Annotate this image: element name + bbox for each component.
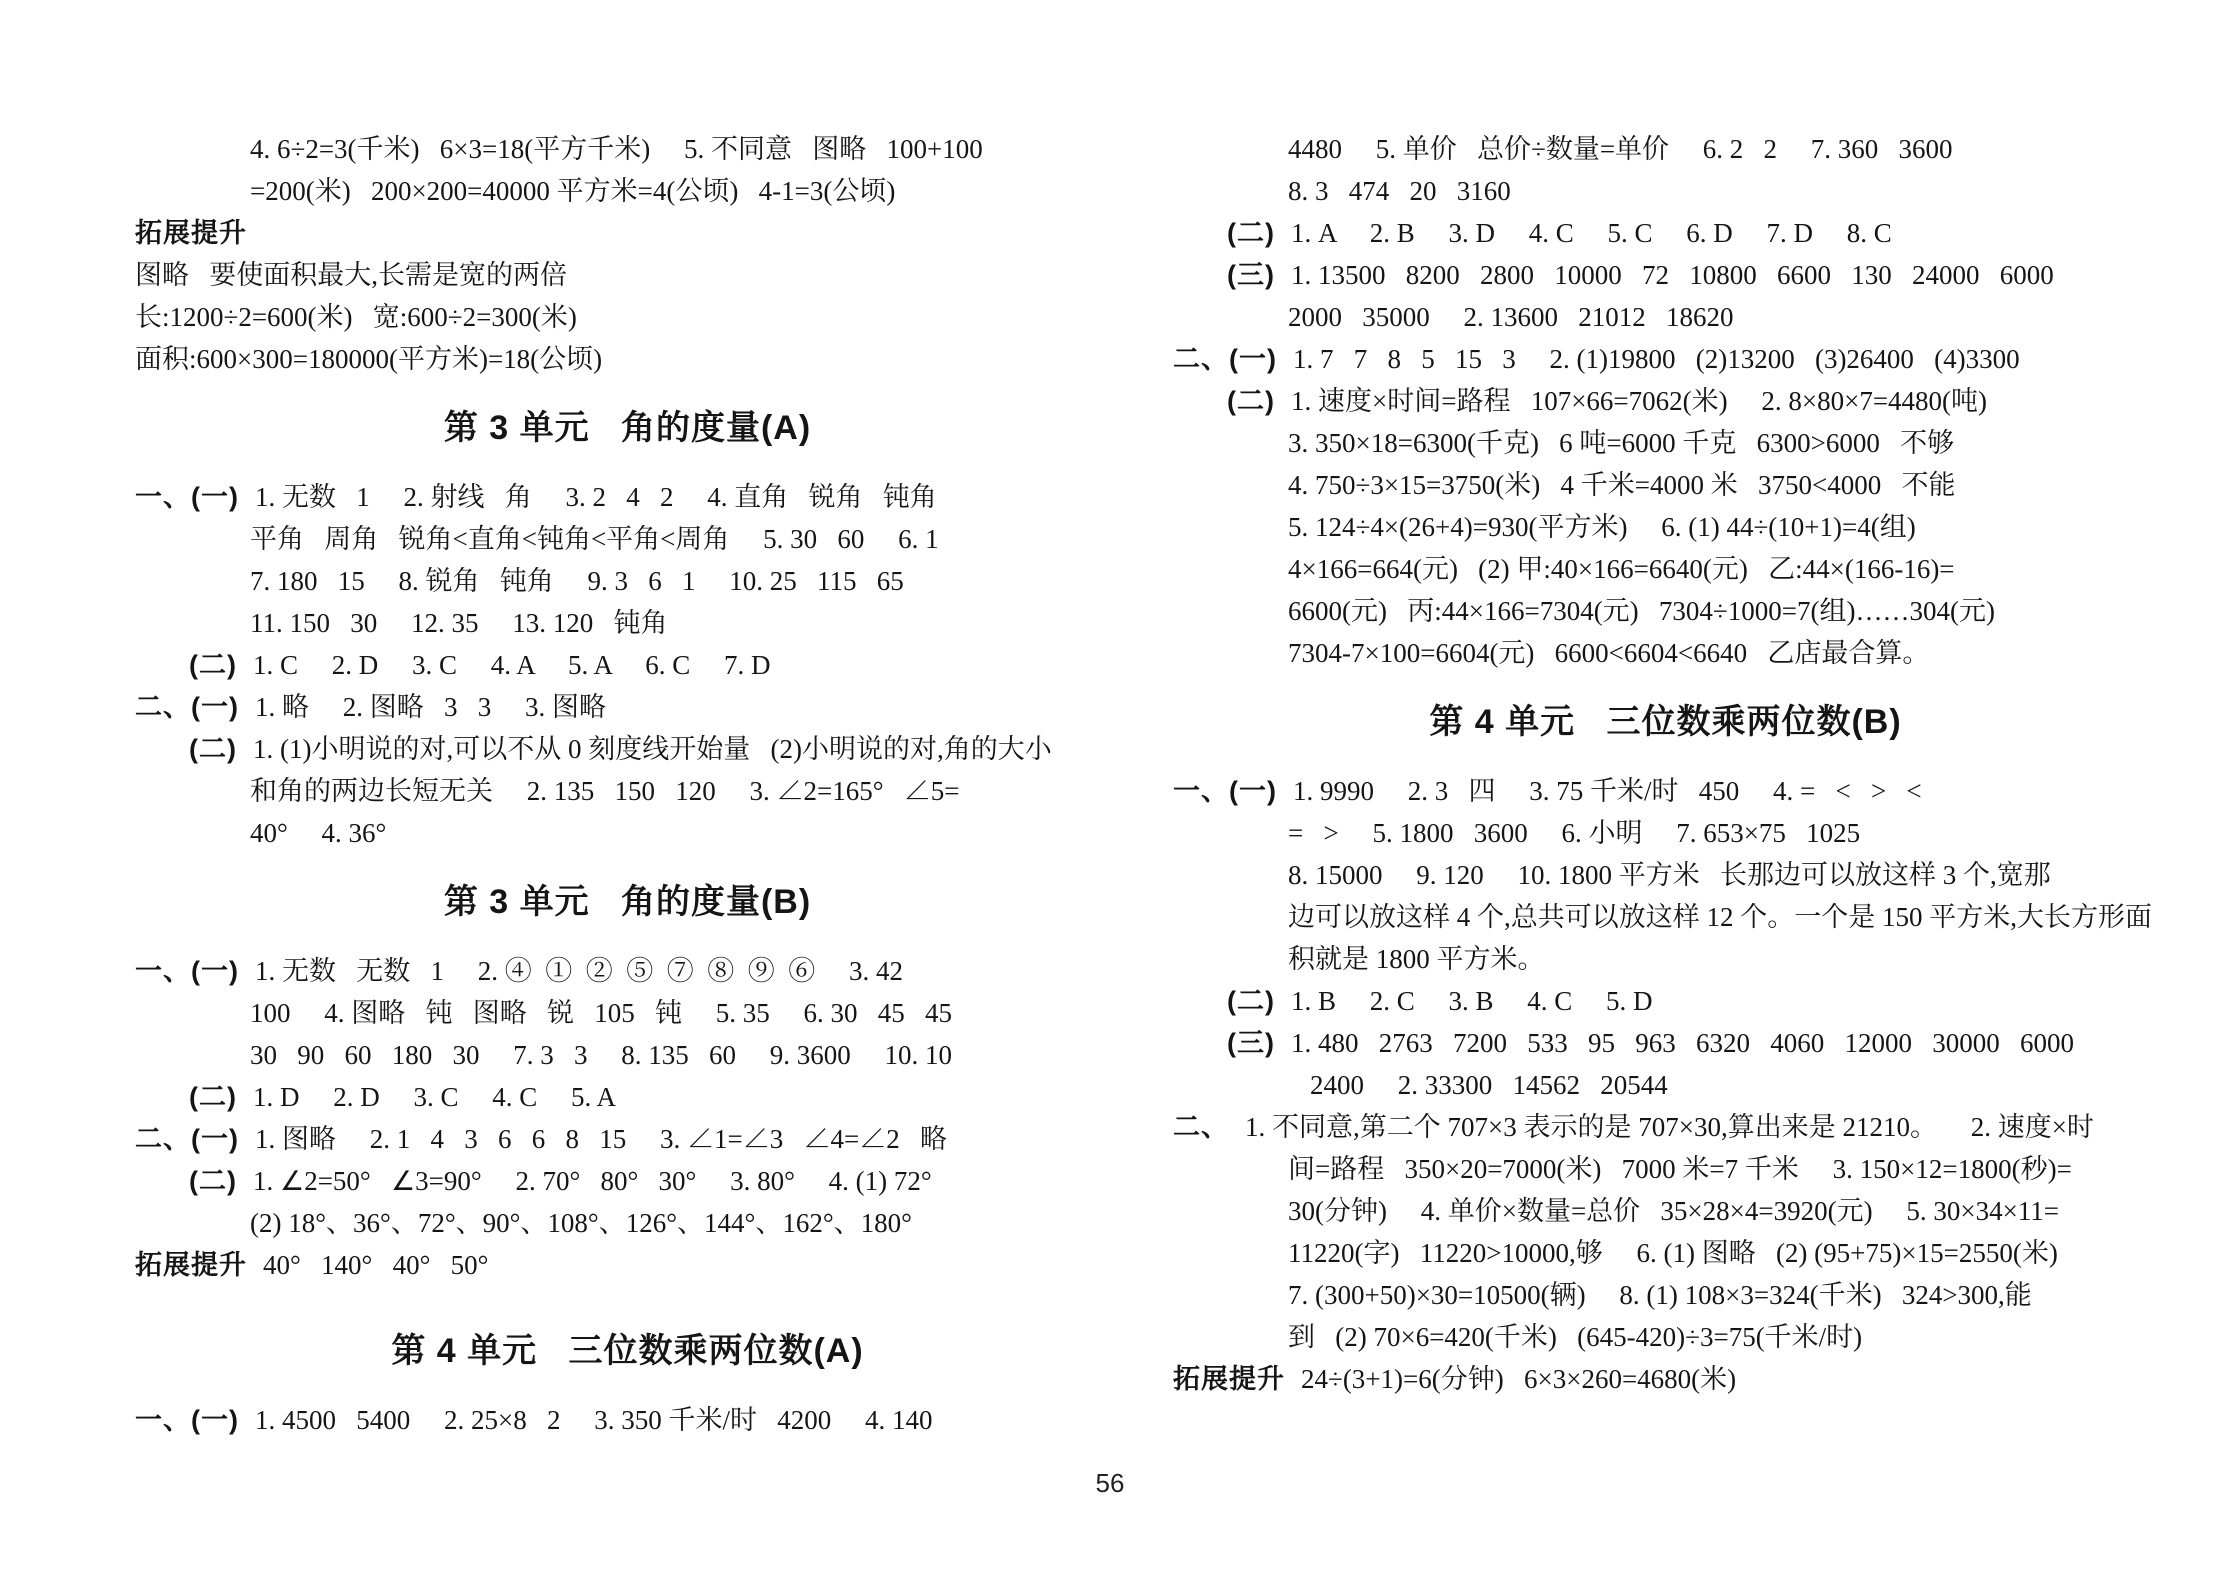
answer-text: 1. 4500 5400 2. 25×8 2 3. 350 千米/时 4200 … [255, 1405, 932, 1435]
answer-line: 和角的两边长短无关 2. 135 150 120 3. ∠2=165° ∠5= [135, 770, 1120, 812]
answer-text: 2400 2. 33300 14562 20544 [1310, 1070, 1668, 1100]
answer-line: 7304-7×100=6604(元) 6600<6604<6640 乙店最合算。 [1173, 632, 2158, 674]
answer-line: 一、(一)1. 无数 无数 1 2. ④ ① ② ⑤ ⑦ ⑧ ⑨ ⑥ 3. 42 [135, 950, 1120, 992]
answer-line: 4. 6÷2=3(千米) 6×3=18(平方千米) 5. 不同意 图略 100+… [135, 128, 1120, 170]
answer-group-label: (二) [189, 734, 237, 764]
answer-group-label: (二) [1227, 218, 1275, 248]
answer-line: 边可以放这样 4 个,总共可以放这样 12 个。一个是 150 平方米,大长方形… [1173, 896, 2158, 938]
answer-group-label: (二) [189, 1082, 237, 1112]
answer-text: 1. (1)小明说的对,可以不从 0 刻度线开始量 (2)小明说的对,角的大小 [253, 734, 1052, 764]
answer-text: 7. (300+50)×30=10500(辆) 8. (1) 108×3=324… [1288, 1280, 2032, 1310]
answers-column-right: 4480 5. 单价 总价÷数量=单价 6. 2 2 7. 360 36008.… [1173, 128, 2158, 1400]
answer-line: 30(分钟) 4. 单价×数量=总价 35×28×4=3920(元) 5. 30… [1173, 1190, 2158, 1232]
answer-line: (二)1. (1)小明说的对,可以不从 0 刻度线开始量 (2)小明说的对,角的… [135, 728, 1120, 770]
answer-text: 100 4. 图略 钝 图略 锐 105 钝 5. 35 6. 30 45 45 [250, 998, 952, 1028]
answer-group-label: (二) [189, 650, 237, 680]
answer-line: 11220(字) 11220>10000,够 6. (1) 图略 (2) (95… [1173, 1232, 2158, 1274]
answer-line: (二)1. A 2. B 3. D 4. C 5. C 6. D 7. D 8.… [1173, 212, 2158, 254]
answer-line: 3. 350×18=6300(千克) 6 吨=6000 千克 6300>6000… [1173, 422, 2158, 464]
answer-line: 面积:600×300=180000(平方米)=18(公顷) [135, 338, 1120, 380]
answer-text: 和角的两边长短无关 2. 135 150 120 3. ∠2=165° ∠5= [250, 776, 960, 806]
answer-group-label: (二) [1227, 386, 1275, 416]
answer-line: =200(米) 200×200=40000 平方米=4(公顷) 4-1=3(公顷… [135, 170, 1120, 212]
answer-text: 7. 180 15 8. 锐角 钝角 9. 3 6 1 10. 25 115 6… [250, 566, 904, 596]
answer-line: (二)1. B 2. C 3. B 4. C 5. D [1173, 980, 2158, 1022]
answer-text: 1. 略 2. 图略 3 3 3. 图略 [255, 692, 606, 722]
answer-group-label: (二) [1227, 986, 1275, 1016]
answer-line: (二)1. C 2. D 3. C 4. A 5. A 6. C 7. D [135, 644, 1120, 686]
answer-text: 7304-7×100=6604(元) 6600<6604<6640 乙店最合算。 [1288, 638, 1929, 668]
answer-line: 到 (2) 70×6=420(千米) (645-420)÷3=75(千米/时) [1173, 1316, 2158, 1358]
section-heading: 第 3 单元 角的度量(A) [135, 405, 1120, 451]
answer-line: 一、(一)1. 4500 5400 2. 25×8 2 3. 350 千米/时 … [135, 1399, 1120, 1441]
answer-text: =200(米) 200×200=40000 平方米=4(公顷) 4-1=3(公顷… [250, 176, 895, 206]
answer-line: 一、(一)1. 无数 1 2. 射线 角 3. 2 4 2 4. 直角 锐角 钝… [135, 476, 1120, 518]
answer-line: 8. 3 474 20 3160 [1173, 170, 2158, 212]
answer-text: 1. 无数 无数 1 2. ④ ① ② ⑤ ⑦ ⑧ ⑨ ⑥ 3. 42 [255, 956, 903, 986]
answer-text: 1. 9990 2. 3 四 3. 75 千米/时 450 4. = < > < [1293, 776, 1922, 806]
answer-text: 间=路程 350×20=7000(米) 7000 米=7 千米 3. 150×1… [1288, 1154, 2072, 1184]
answer-text: 4×166=664(元) (2) 甲:40×166=6640(元) 乙:44×(… [1288, 554, 1955, 584]
answer-line: 拓展提升 [135, 212, 1120, 254]
answer-line: (二)1. 速度×时间=路程 107×66=7062(米) 2. 8×80×7=… [1173, 380, 2158, 422]
answer-text: 1. 无数 1 2. 射线 角 3. 2 4 2 4. 直角 锐角 钝角 [255, 482, 937, 512]
answer-line: = > 5. 1800 3600 6. 小明 7. 653×75 1025 [1173, 812, 2158, 854]
answer-group-label: 一、(一) [135, 956, 239, 986]
answer-text: 11220(字) 11220>10000,够 6. (1) 图略 (2) (95… [1288, 1238, 2058, 1268]
answer-line: 间=路程 350×20=7000(米) 7000 米=7 千米 3. 150×1… [1173, 1148, 2158, 1190]
section-heading: 第 4 单元 三位数乘两位数(B) [1173, 699, 2158, 745]
page-number: 56 [0, 1468, 2220, 1499]
answer-line: 积就是 1800 平方米。 [1173, 938, 2158, 980]
answer-text: 1. ∠2=50° ∠3=90° 2. 70° 80° 30° 3. 80° 4… [253, 1166, 932, 1196]
answer-line: 长:1200÷2=600(米) 宽:600÷2=300(米) [135, 296, 1120, 338]
answer-line: 6600(元) 丙:44×166=7304(元) 7304÷1000=7(组)…… [1173, 590, 2158, 632]
answer-text: 24÷(3+1)=6(分钟) 6×3×260=4680(米) [1301, 1364, 1736, 1394]
answer-line: 拓展提升24÷(3+1)=6(分钟) 6×3×260=4680(米) [1173, 1358, 2158, 1400]
answer-line: 2000 35000 2. 13600 21012 18620 [1173, 296, 2158, 338]
section-heading: 第 3 单元 角的度量(B) [135, 879, 1120, 925]
answer-text: 长:1200÷2=600(米) 宽:600÷2=300(米) [135, 302, 577, 332]
answer-line: 4480 5. 单价 总价÷数量=单价 6. 2 2 7. 360 3600 [1173, 128, 2158, 170]
answer-line: 2400 2. 33300 14562 20544 [1173, 1064, 2158, 1106]
answer-group-label: 二、(一) [1173, 344, 1277, 374]
answer-text: 4480 5. 单价 总价÷数量=单价 6. 2 2 7. 360 3600 [1288, 134, 1953, 164]
answer-line: 平角 周角 锐角<直角<钝角<平角<周角 5. 30 60 6. 1 [135, 518, 1120, 560]
answer-group-label: (三) [1227, 1028, 1275, 1058]
answer-line: 5. 124÷4×(26+4)=930(平方米) 6. (1) 44÷(10+1… [1173, 506, 2158, 548]
answer-text: 面积:600×300=180000(平方米)=18(公顷) [135, 344, 602, 374]
answer-line: 一、(一)1. 9990 2. 3 四 3. 75 千米/时 450 4. = … [1173, 770, 2158, 812]
answer-text: = > 5. 1800 3600 6. 小明 7. 653×75 1025 [1288, 818, 1860, 848]
answer-line: (二)1. D 2. D 3. C 4. C 5. A [135, 1076, 1120, 1118]
answer-group-label: 二、(一) [135, 692, 239, 722]
answer-text: 图略 要使面积最大,长需是宽的两倍 [135, 260, 567, 290]
answer-line: 30 90 60 180 30 7. 3 3 8. 135 60 9. 3600… [135, 1034, 1120, 1076]
answer-text: 30 90 60 180 30 7. 3 3 8. 135 60 9. 3600… [250, 1040, 952, 1070]
answer-line: 40° 4. 36° [135, 812, 1120, 854]
answer-group-label: 一、(一) [135, 482, 239, 512]
answer-group-label: (三) [1227, 260, 1275, 290]
answer-line: 4×166=664(元) (2) 甲:40×166=6640(元) 乙:44×(… [1173, 548, 2158, 590]
answer-line: 二、(一)1. 略 2. 图略 3 3 3. 图略 [135, 686, 1120, 728]
answer-group-label: 拓展提升 [1173, 1364, 1285, 1394]
answer-text: 1. D 2. D 3. C 4. C 5. A [253, 1082, 616, 1112]
answers-column-left: 4. 6÷2=3(千米) 6×3=18(平方千米) 5. 不同意 图略 100+… [135, 128, 1120, 1441]
answer-text: 11. 150 30 12. 35 13. 120 钝角 [250, 608, 668, 638]
answer-line: (三)1. 13500 8200 2800 10000 72 10800 660… [1173, 254, 2158, 296]
answer-text: 平角 周角 锐角<直角<钝角<平角<周角 5. 30 60 6. 1 [250, 524, 939, 554]
answer-text: 5. 124÷4×(26+4)=930(平方米) 6. (1) 44÷(10+1… [1288, 512, 1916, 542]
answer-text: 6600(元) 丙:44×166=7304(元) 7304÷1000=7(组)…… [1288, 596, 1995, 626]
answer-group-label: 二、(一) [135, 1124, 239, 1154]
answer-text: 边可以放这样 4 个,总共可以放这样 12 个。一个是 150 平方米,大长方形… [1288, 902, 2152, 932]
answer-text: 8. 3 474 20 3160 [1288, 176, 1511, 206]
answer-line: (二)1. ∠2=50° ∠3=90° 2. 70° 80° 30° 3. 80… [135, 1160, 1120, 1202]
answer-text: 1. 速度×时间=路程 107×66=7062(米) 2. 8×80×7=448… [1291, 386, 1987, 416]
answer-text: 2000 35000 2. 13600 21012 18620 [1288, 302, 1734, 332]
section-heading: 第 4 单元 三位数乘两位数(A) [135, 1328, 1120, 1374]
answer-line: 二、(一)1. 图略 2. 1 4 3 6 6 8 15 3. ∠1=∠3 ∠4… [135, 1118, 1120, 1160]
answer-line: 8. 15000 9. 120 10. 1800 平方米 长那边可以放这样 3 … [1173, 854, 2158, 896]
answer-text: 3. 350×18=6300(千克) 6 吨=6000 千克 6300>6000… [1288, 428, 1954, 458]
answer-text: 1. 13500 8200 2800 10000 72 10800 6600 1… [1291, 260, 2054, 290]
answer-text: 1. 图略 2. 1 4 3 6 6 8 15 3. ∠1=∠3 ∠4=∠2 略 [255, 1124, 947, 1154]
answer-line: 二、1. 不同意,第二个 707×3 表示的是 707×30,算出来是 2121… [1173, 1106, 2158, 1148]
answer-group-label: 拓展提升 [135, 1250, 247, 1280]
answer-line: (三)1. 480 2763 7200 533 95 963 6320 4060… [1173, 1022, 2158, 1064]
answer-line: 二、(一)1. 7 7 8 5 15 3 2. (1)19800 (2)1320… [1173, 338, 2158, 380]
answer-text: 4. 750÷3×15=3750(米) 4 千米=4000 米 3750<400… [1288, 470, 1955, 500]
answer-line: 7. (300+50)×30=10500(辆) 8. (1) 108×3=324… [1173, 1274, 2158, 1316]
answer-group-label: 二、 [1173, 1112, 1229, 1142]
answer-line: 图略 要使面积最大,长需是宽的两倍 [135, 254, 1120, 296]
answer-line: 拓展提升40° 140° 40° 50° [135, 1244, 1120, 1286]
answer-text: 1. A 2. B 3. D 4. C 5. C 6. D 7. D 8. C [1291, 218, 1892, 248]
answer-text: 1. 480 2763 7200 533 95 963 6320 4060 12… [1291, 1028, 2074, 1058]
answer-text: 8. 15000 9. 120 10. 1800 平方米 长那边可以放这样 3 … [1288, 860, 2051, 890]
answer-line: 100 4. 图略 钝 图略 锐 105 钝 5. 35 6. 30 45 45 [135, 992, 1120, 1034]
answer-text: 1. 7 7 8 5 15 3 2. (1)19800 (2)13200 (3)… [1293, 344, 2020, 374]
answer-group-label: (二) [189, 1166, 237, 1196]
answer-text: 到 (2) 70×6=420(千米) (645-420)÷3=75(千米/时) [1288, 1322, 1862, 1352]
answer-text: 30(分钟) 4. 单价×数量=总价 35×28×4=3920(元) 5. 30… [1288, 1196, 2059, 1226]
answer-text: 1. C 2. D 3. C 4. A 5. A 6. C 7. D [253, 650, 771, 680]
answer-text: 4. 6÷2=3(千米) 6×3=18(平方千米) 5. 不同意 图略 100+… [250, 134, 983, 164]
answer-text: 1. 不同意,第二个 707×3 表示的是 707×30,算出来是 21210。… [1245, 1112, 2094, 1142]
answer-text: 40° 4. 36° [250, 818, 386, 848]
answer-line: (2) 18°、36°、72°、90°、108°、126°、144°、162°、… [135, 1202, 1120, 1244]
answer-text: 积就是 1800 平方米。 [1288, 944, 1545, 974]
answer-line: 11. 150 30 12. 35 13. 120 钝角 [135, 602, 1120, 644]
answer-line: 4. 750÷3×15=3750(米) 4 千米=4000 米 3750<400… [1173, 464, 2158, 506]
answer-line: 7. 180 15 8. 锐角 钝角 9. 3 6 1 10. 25 115 6… [135, 560, 1120, 602]
answer-group-label: 拓展提升 [135, 218, 247, 248]
answer-group-label: 一、(一) [135, 1405, 239, 1435]
answer-text: 1. B 2. C 3. B 4. C 5. D [1291, 986, 1653, 1016]
answer-text: 40° 140° 40° 50° [263, 1250, 488, 1280]
answer-text: (2) 18°、36°、72°、90°、108°、126°、144°、162°、… [250, 1208, 912, 1238]
answer-group-label: 一、(一) [1173, 776, 1277, 806]
